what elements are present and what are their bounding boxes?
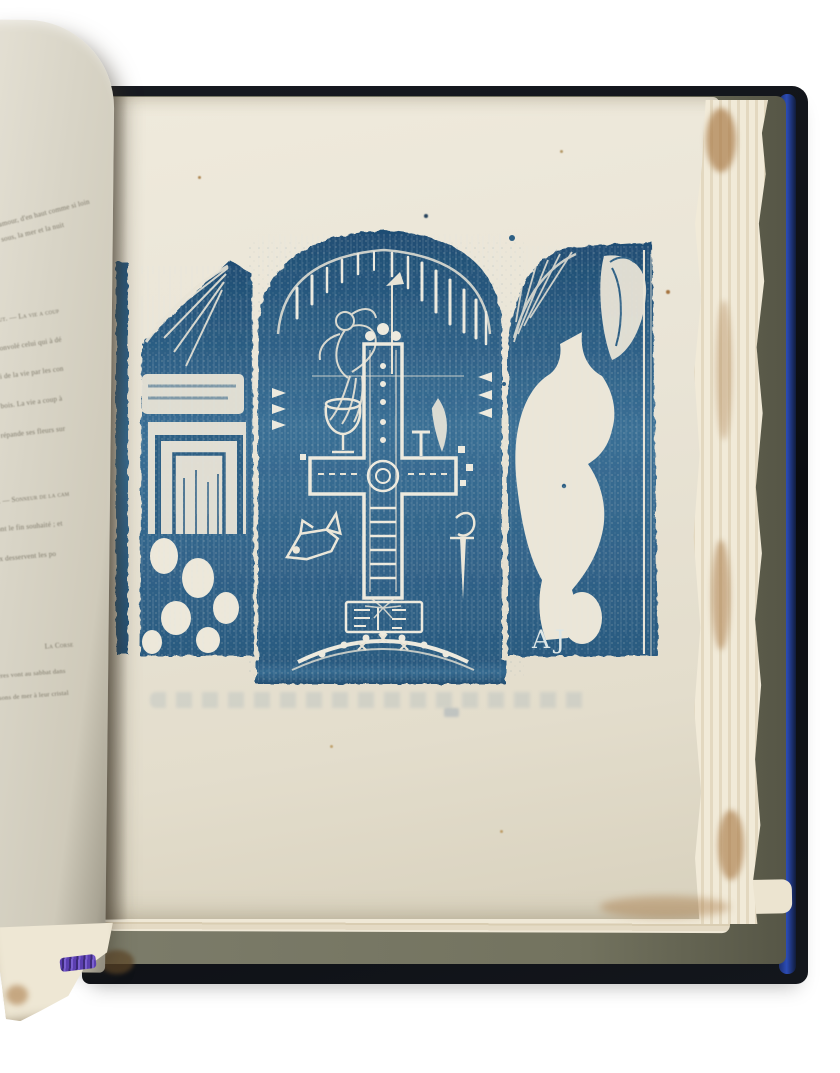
faint-page-number (444, 708, 459, 717)
fox-spot (666, 290, 670, 294)
stain-streak (712, 540, 730, 650)
left-page-text-line: les corbeaux desservent les po (0, 542, 115, 566)
ink-fleck (502, 382, 506, 386)
fox-spot (424, 214, 428, 218)
woodcut-triptych-print: AJ (112, 226, 664, 688)
left-page-text-line: é dans les bois. La vie a coup à (0, 384, 115, 414)
stain-spot (6, 985, 28, 1005)
stain-streak (600, 896, 730, 918)
left-page-section-heading: La Corse (44, 629, 115, 650)
left-page-text-line: Les chansons de mer à leur cristal (0, 684, 115, 705)
left-panel (116, 260, 254, 656)
fox-spot (560, 150, 563, 153)
left-page-text-line: Héraut. — La vie a coup (0, 293, 115, 326)
stain-streak (718, 810, 744, 880)
fox-spot (198, 176, 201, 179)
right-panel: AJ (508, 242, 658, 656)
left-page-text-line: La Rue. — Sonneur de la cam (0, 481, 115, 508)
left-page-text-line: ement convolé celui qui à dé (0, 323, 115, 356)
left-page-text-line: regarda. (0, 445, 115, 472)
text-showthrough (150, 692, 590, 708)
ink-fleck (248, 281, 253, 286)
fore-edge-deckle (692, 100, 768, 924)
left-page-text-line: re l'hallali de la vie par les con (0, 354, 115, 384)
ink-fleck (509, 235, 515, 241)
left-page: d'amour, d'en haut comme si loin sous, l… (0, 19, 115, 972)
left-page-text-line: le Christ répande ses fleurs sur (0, 416, 115, 443)
left-page-text-line: potences. (0, 575, 115, 599)
left-page-text-line: chinois, dont le fin souhaité ; et (0, 512, 115, 536)
stain-streak (706, 108, 736, 172)
center-panel (256, 230, 506, 684)
photo-scene: AJ d'amour, d'en haut comme si loin sous… (0, 0, 840, 1073)
fox-spot (330, 745, 333, 748)
left-page-text-line: Les sorcières vont au sabbat dans (0, 662, 115, 683)
fox-spot (500, 830, 503, 833)
stain-streak (716, 300, 732, 440)
